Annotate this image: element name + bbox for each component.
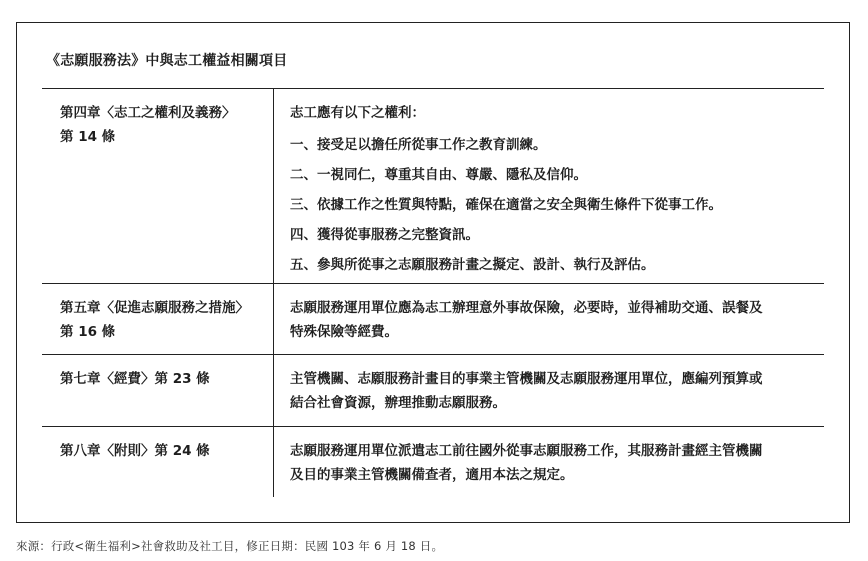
article-cell: 第八章〈附則〉第 24 條 bbox=[42, 427, 274, 497]
content-line: 特殊保險等經費。 bbox=[290, 320, 824, 344]
content-line: 二、一視同仁，尊重其自由、尊嚴、隱私及信仰。 bbox=[290, 163, 824, 193]
content-line: 志願服務運用單位應為志工辦理意外事故保險，必要時，並得補助交通、誤餐及 bbox=[290, 296, 824, 320]
article-cell: 第五章〈促進志願服務之措施〉 第 16 條 bbox=[42, 284, 274, 354]
document-title: 《志願服務法》中與志工權益相關項目 bbox=[46, 50, 287, 70]
article-label: 第八章〈附則〉第 24 條 bbox=[60, 439, 273, 463]
article-number: 第 14 條 bbox=[60, 125, 273, 149]
content-cell: 志願服務運用單位應為志工辦理意外事故保險，必要時，並得補助交通、誤餐及 特殊保險… bbox=[274, 284, 824, 354]
source-note: 來源：行政<衛生福利>社會救助及社工目，修正日期：民國 103 年 6 月 18… bbox=[16, 538, 443, 554]
content-line: 五、參與所從事之志願服務計畫之擬定、設計、執行及評估。 bbox=[290, 253, 824, 283]
article-label: 第五章〈促進志願服務之措施〉 bbox=[60, 296, 273, 320]
table-row: 第八章〈附則〉第 24 條 志願服務運用單位派遣志工前往國外從事志願服務工作，其… bbox=[42, 426, 824, 497]
content-line: 結合社會資源，辦理推動志願服務。 bbox=[290, 391, 824, 415]
content-cell: 志願服務運用單位派遣志工前往國外從事志願服務工作，其服務計畫經主管機關 及目的事… bbox=[274, 427, 824, 497]
content-line: 主管機關、志願服務計畫目的事業主管機關及志願服務運用單位，應編列預算或 bbox=[290, 367, 824, 391]
content-cell: 志工應有以下之權利： 一、接受足以擔任所從事工作之教育訓練。 二、一視同仁，尊重… bbox=[274, 89, 824, 283]
content-line: 一、接受足以擔任所從事工作之教育訓練。 bbox=[290, 133, 824, 163]
article-label: 第七章〈經費〉第 23 條 bbox=[60, 367, 273, 391]
content-line: 志願服務運用單位派遣志工前往國外從事志願服務工作，其服務計畫經主管機關 bbox=[290, 439, 824, 463]
article-cell: 第七章〈經費〉第 23 條 bbox=[42, 355, 274, 426]
content-line: 及目的事業主管機關備查者，適用本法之規定。 bbox=[290, 463, 824, 487]
table-row: 第四章〈志工之權利及義務〉 第 14 條 志工應有以下之權利： 一、接受足以擔任… bbox=[42, 88, 824, 283]
article-cell: 第四章〈志工之權利及義務〉 第 14 條 bbox=[42, 89, 274, 283]
content-cell: 主管機關、志願服務計畫目的事業主管機關及志願服務運用單位，應編列預算或 結合社會… bbox=[274, 355, 824, 426]
article-label: 第四章〈志工之權利及義務〉 bbox=[60, 101, 273, 125]
rights-table: 第四章〈志工之權利及義務〉 第 14 條 志工應有以下之權利： 一、接受足以擔任… bbox=[42, 88, 824, 497]
content-line: 三、依據工作之性質與特點，確保在適當之安全與衛生條件下從事工作。 bbox=[290, 193, 824, 223]
table-row: 第七章〈經費〉第 23 條 主管機關、志願服務計畫目的事業主管機關及志願服務運用… bbox=[42, 354, 824, 426]
content-line: 志工應有以下之權利： bbox=[290, 101, 824, 131]
content-line: 四、獲得從事服務之完整資訊。 bbox=[290, 223, 824, 253]
article-number: 第 16 條 bbox=[60, 320, 273, 344]
table-row: 第五章〈促進志願服務之措施〉 第 16 條 志願服務運用單位應為志工辦理意外事故… bbox=[42, 283, 824, 354]
